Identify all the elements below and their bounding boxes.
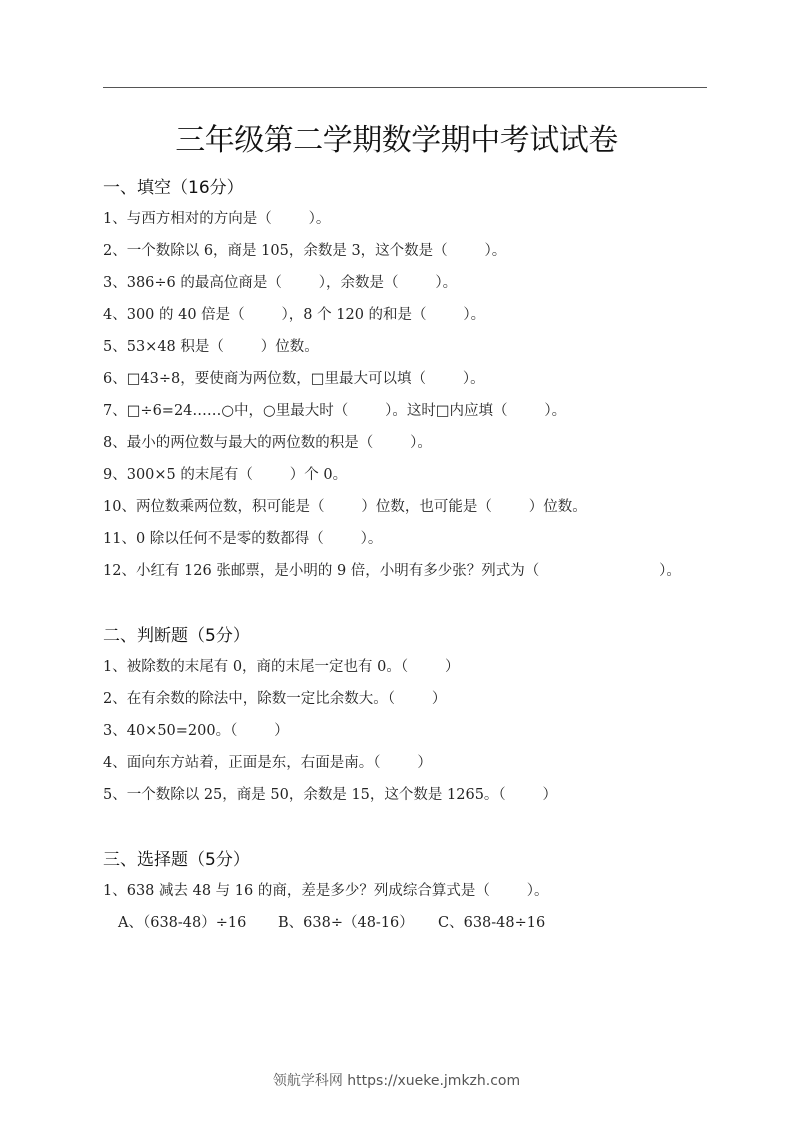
option-b: B、638÷（48-16） [278, 911, 414, 932]
question: 4、面向东方站着，正面是东，右面是南。（ ） [103, 751, 432, 772]
question: 6、□43÷8，要使商为两位数，□里最大可以填（ ）。 [103, 367, 485, 388]
question: 5、53×48 积是（ ）位数。 [103, 335, 319, 356]
question: 11、0 除以任何不是零的数都得（ ）。 [103, 527, 382, 548]
question: 7、□÷6=24……○中，○里最大时（ ）。这时□内应填（ ）。 [103, 399, 566, 420]
question: 1、被除数的末尾有 0，商的末尾一定也有 0。（ ） [103, 655, 460, 676]
question: 1、638 减去 48 与 16 的商，差是多少？列成综合算式是（ ）。 [103, 879, 548, 900]
question: 3、40×50=200。（ ） [103, 719, 289, 740]
question: 4、300 的 40 倍是（ ），8 个 120 的和是（ ）。 [103, 303, 485, 324]
header-rule [103, 87, 707, 88]
question: 10、两位数乘两位数，积可能是（ ）位数，也可能是（ ）位数。 [103, 495, 587, 516]
section-heading-multiple-choice: 三、选择题（5分） [103, 845, 250, 870]
footer-watermark: 领航学科网 https://xueke.jmkzh.com [0, 1070, 793, 1090]
section-heading-fill-blank: 一、填空（16分） [103, 173, 244, 198]
question: 2、在有余数的除法中，除数一定比余数大。（ ） [103, 687, 446, 708]
question: 3、386÷6 的最高位商是（ ），余数是（ ）。 [103, 271, 457, 292]
question: 5、一个数除以 25，商是 50，余数是 15，这个数是 1265。（ ） [103, 783, 557, 804]
option-c: C、638-48÷16 [438, 911, 545, 932]
question: 12、小红有 126 张邮票，是小明的 9 倍，小明有多少张？列式为（ ）。 [103, 559, 681, 580]
page-title: 三年级第二学期数学期中考试试卷 [0, 115, 793, 159]
option-a: A、（638-48）÷16 [118, 911, 246, 932]
question: 2、一个数除以 6，商是 105，余数是 3，这个数是（ ）。 [103, 239, 506, 260]
question: 1、与西方相对的方向是（ ）。 [103, 207, 330, 228]
question: 9、300×5 的末尾有（ ）个 0。 [103, 463, 347, 484]
question: 8、最小的两位数与最大的两位数的积是（ ）。 [103, 431, 432, 452]
section-heading-true-false: 二、判断题（5分） [103, 621, 250, 646]
